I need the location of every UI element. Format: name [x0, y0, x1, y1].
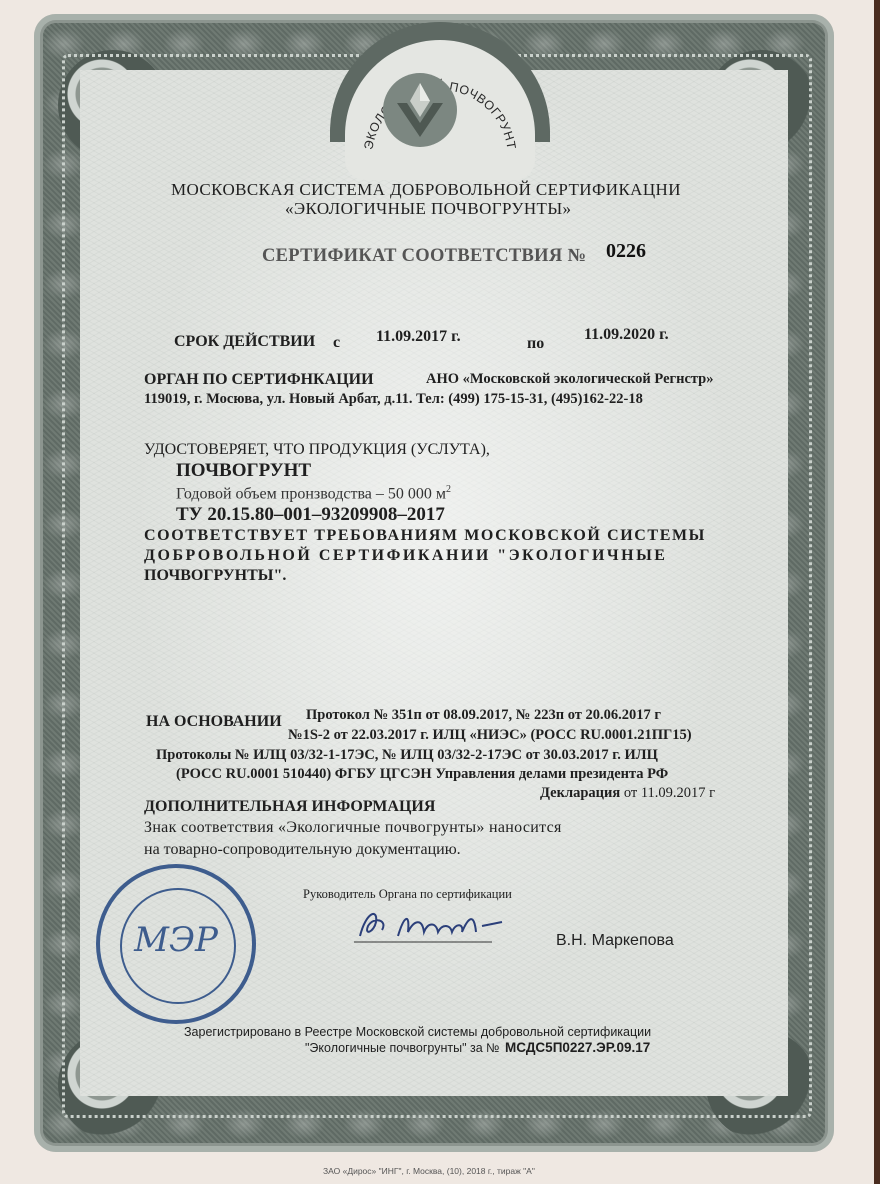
conformity-line2: ДОБРОВОЛЬНОЙ СЕРТИФИКАНИИ "ЭКОЛОГИЧНЫЕ [144, 547, 667, 565]
table-edge [874, 0, 880, 1184]
certifies-label: УДОСТОВЕРЯЕТ, ЧТО ПРОДУКЦИЯ (УСЛУТА), [144, 441, 490, 459]
registration-line1: Зарегистрировано в Реестре Московской си… [184, 1025, 651, 1039]
certification-body-address: 119019, г. Мосюва, ул. Новый Арбат, д.11… [144, 391, 643, 408]
validity-to-date: 11.09.2020 г. [584, 326, 669, 344]
diamond-v-logo-icon [383, 73, 457, 147]
certification-body-name: АНО «Московской экологической Регнстр» [426, 371, 714, 388]
validity-to-label: по [527, 335, 544, 353]
basis-line2: №1S-2 от 22.03.2017 г. ИЛЦ «НИЭС» (РОСС … [288, 727, 692, 744]
declaration: Декларация от 11.09.2017 г [540, 785, 715, 802]
basis-line1: Протокол № 351п от 08.09.2017, № 223п от… [306, 707, 661, 724]
stamp-initials: МЭР [100, 920, 252, 960]
validity-label: СРОК ДЕЙСТВИИ [174, 333, 315, 351]
product-name: ПОЧВОГРУНТ [176, 460, 311, 482]
signatory-role: Руководитель Органа по сертификации [303, 887, 512, 902]
registration-number: МСДС5П0227.ЭР.09.17 [505, 1040, 650, 1055]
certificate-number: 0226 [606, 240, 646, 263]
official-stamp: МЭР [96, 864, 256, 1024]
signature [352, 902, 522, 948]
registration-line2: "Экологичные почвогрунты" за № [305, 1041, 500, 1055]
validity-from-label: с [333, 334, 340, 352]
certification-body-label: ОРГАН ПО СЕРТИФНКАЦИИ [144, 371, 374, 389]
signatory-name: В.Н. Маркепова [556, 932, 674, 950]
annual-volume: Годовой объем пронзводства – 50 000 м2 [176, 484, 451, 503]
additional-info-line1: Знак соответствия «Экологичные почвогрун… [144, 819, 562, 837]
conformity-line1: СООТВЕТСТВУЕТ ТРЕБОВАНИЯМ МОСКОВСКОЙ СИС… [144, 527, 706, 545]
basis-line4: (РОСС RU.0001 510440) ФГБУ ЦГСЭН Управле… [176, 766, 668, 783]
additional-info-label: ДОПОЛНИТЕЛЬНАЯ ИНФОРМАЦИЯ [144, 798, 435, 816]
technical-spec: ТУ 20.15.80–001–93209908–2017 [176, 504, 445, 526]
system-name-line1: МОСКОВСКАЯ СИСТЕМА ДОБРОВОЛЬНОЙ СЕРТИФИК… [171, 180, 681, 200]
basis-line3: Протоколы № ИЛЦ 03/32-1-17ЭС, № ИЛЦ 03/3… [156, 747, 658, 764]
validity-from-date: 11.09.2017 г. [376, 328, 461, 346]
additional-info-line2: на товарно-сопроводительную документацию… [144, 841, 461, 859]
conformity-line3: ПОЧВОГРУНТЫ". [144, 567, 286, 585]
certificate-title: СЕРТИФИКАТ СООТВЕТСТВИЯ № [262, 246, 586, 267]
printer-imprint: ЗАО «Дирос» "ИНГ", г. Москва, (10), 2018… [323, 1166, 535, 1176]
basis-label: НА ОСНОВАНИИ [146, 713, 282, 731]
system-name-line2: «ЭКОЛОГИЧНЫЕ ПОЧВОГРУНТЫ» [285, 199, 571, 219]
